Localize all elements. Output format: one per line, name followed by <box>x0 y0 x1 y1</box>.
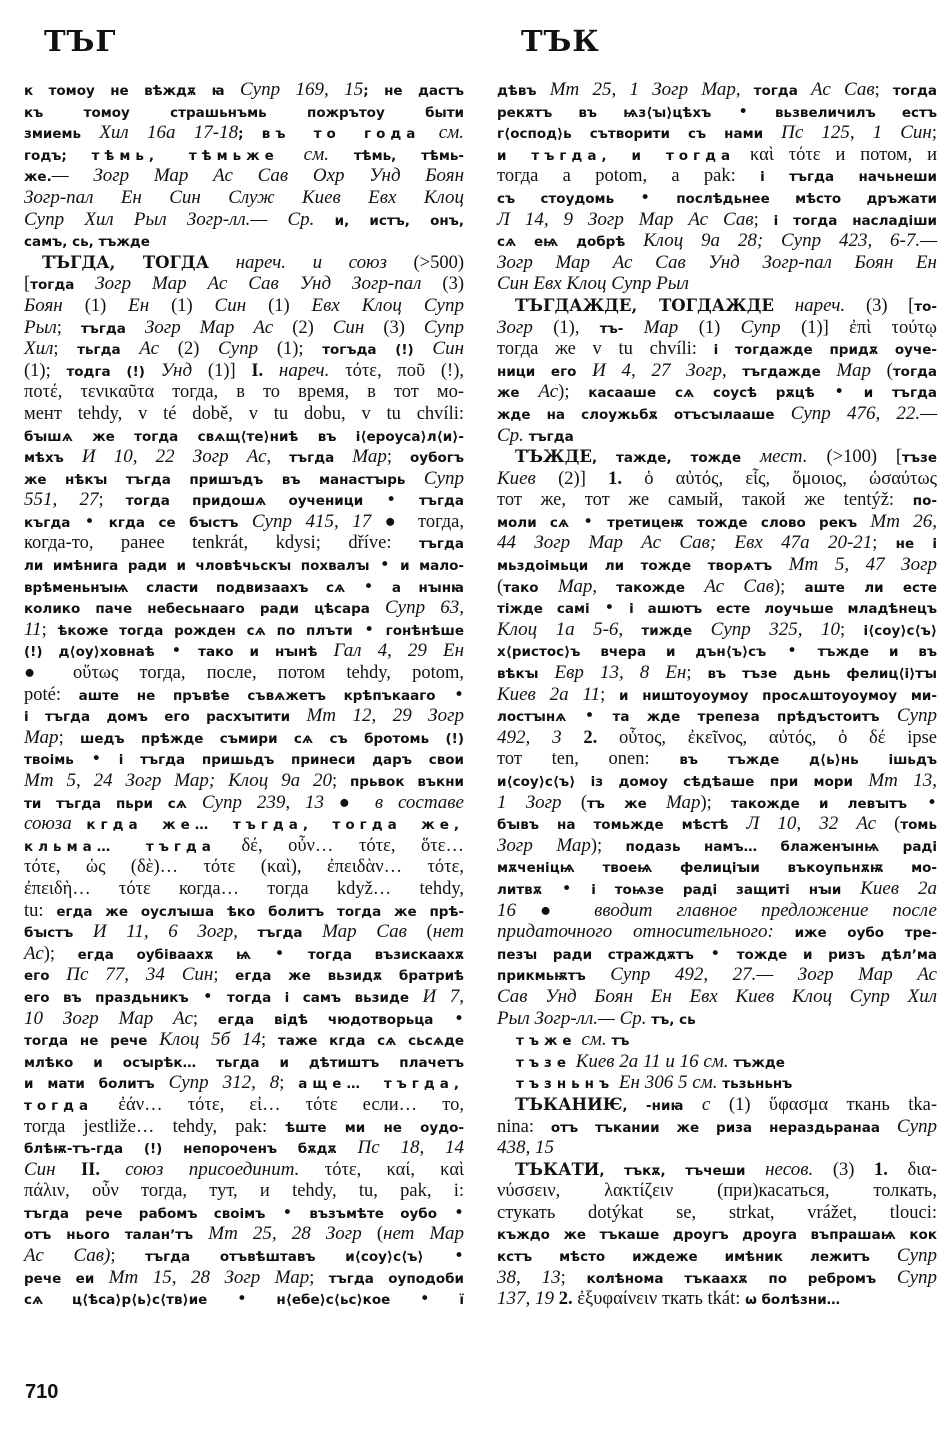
slavonic-text: ти тъгда пьри сѧ <box>24 796 202 812</box>
siglum-reference: Пс 77, 34 Син <box>66 964 213 985</box>
slavonic-text: оубогъ <box>410 450 464 466</box>
gloss-text: когда-то, ранее tenkrát, kdysi; dříve: <box>24 533 419 553</box>
siglum-reference: Мт 12, 29 Зогр <box>306 705 464 726</box>
text-line: 137, 19 2. ἐξυφαίνειν ткать tkát: ѡ болѣ… <box>497 1288 937 1310</box>
text-line: г⟨оспод⟩ь сътворити съ нами Пс 125, 1 Си… <box>497 122 937 144</box>
separator-dot: • <box>711 102 775 122</box>
slavonic-text: же <box>497 385 538 401</box>
text-line: съ стоудомь • послѣдьнее мѣсто дръжати <box>497 187 937 209</box>
slavonic-text: пезꙑ ради страждѫтъ <box>497 947 694 963</box>
separator-dot: • <box>353 620 386 640</box>
slavonic-text: тогда не рече <box>24 1033 159 1049</box>
slavonic-text: тъгда <box>529 429 574 445</box>
separator-dot: • <box>424 1246 464 1266</box>
slavonic-text: змиемь <box>24 126 99 142</box>
text-line: к томоу не вѣждѫ ꙗ Супр 169, 15; не даст… <box>24 79 464 101</box>
slavonic-text: послѣдьнее мѣсто дръжати <box>676 191 937 207</box>
slavonic-text: и мало- <box>400 558 464 574</box>
text-line: мьздоімьци ли тожде творѧтъ Мт 5, 47 Зог… <box>497 554 937 576</box>
separator-dot: • <box>189 987 227 1007</box>
gloss-text: τότε, ποῦ (!), <box>345 361 464 381</box>
gloss-text: τότε, καί, καὶ <box>325 1160 464 1180</box>
slavonic-text: тъ <box>611 1033 629 1049</box>
text-line: тіжде самі • і ашютъ есте лоучьше младѣн… <box>497 597 937 619</box>
slavonic-text: въ тъзе дьнь фелиц⟨і⟩тꙑ <box>707 666 937 682</box>
text-line: Ас); егда оубіваахѫ ѩ • тогда възискаахѫ <box>24 943 464 965</box>
gloss-text: (>100) [ <box>826 447 902 467</box>
gloss-text: (1) <box>268 296 311 316</box>
headword: ТЪКАНИѤ <box>515 1095 622 1114</box>
text-line: придаточного относительного: иже оубо тр… <box>497 921 937 943</box>
siglum-reference: нет Мар <box>383 1223 464 1244</box>
slavonic-text: бꙑвъ на томьжде мѣстѣ <box>497 817 746 833</box>
text-line: кльма… тъгда δέ, οὖν… τότε, ὅτε… <box>24 835 464 857</box>
text-line: сѧ еѩ добрѣ Клоц 9а 28; Супр 423, 6-7.— <box>497 230 937 252</box>
slavonic-text: і тоѩзе раді защиті нꙑи <box>591 882 860 898</box>
gloss-text: мент tehdy, v té době, v tu dobu, v tu c… <box>24 404 464 424</box>
slavonic-text: жде на слоужьбѫ отъсꙑлааше <box>497 407 791 423</box>
slavonic-text: тьзьньнъ <box>722 1076 792 1092</box>
siglum-reference: Син Евх Клоц Супр Рыл <box>497 273 689 294</box>
slavonic-text: ; не дастъ <box>363 83 464 99</box>
slavonic-text: съ стоудомь <box>497 191 614 207</box>
slavonic-text: , тъкѫ, тъчеши <box>599 1163 765 1179</box>
text-line: ли имѣнига ради и чловѣчьскꙑ похвалꙑ • и… <box>24 554 464 576</box>
siglum-reference: Сав Унд Боян Ен Евх Киев Клоц Супр Хил <box>497 986 937 1007</box>
siglum-reference: 137, 19 <box>497 1288 559 1309</box>
gloss-text: τότε, ὡς (δὲ)… τότε (καὶ), ἐπειδὰν… τότε… <box>24 857 464 877</box>
siglum-reference: вводит главное предложение после <box>594 900 937 921</box>
siglum-reference: Мар Сав <box>322 921 426 942</box>
slavonic-text: тъ же <box>587 796 666 812</box>
siglum-reference: Хил <box>24 338 53 359</box>
headword: ТЪГДАЖДЕ, ТОГДАЖДЕ <box>515 296 774 315</box>
text-line: 16 ● вводит главное предложение после <box>497 900 937 922</box>
separator-dot: • <box>390 1289 459 1309</box>
siglum-reference: Ас Сав <box>704 576 774 597</box>
slavonic-text: дѣвъ <box>497 83 550 99</box>
siglum-reference: Хил 16а 17-18 <box>99 122 238 143</box>
gloss-text: (3) [ <box>866 296 914 316</box>
siglum-reference: Супр <box>741 317 802 338</box>
gloss-text: (1)] <box>208 361 251 381</box>
siglum-reference: Мт 26, <box>870 511 937 532</box>
slavonic-text: ли имѣнига ради и чловѣчьскꙑ похвалꙑ <box>24 558 370 574</box>
siglum-reference: Киев <box>497 468 558 489</box>
siglum-reference: 551, 27 <box>24 489 98 510</box>
text-line: Зогр Мар); подазь намъ… блаженꙑнѩ раді <box>497 835 937 857</box>
gloss-text: ● <box>324 793 375 813</box>
text-line: (!) д⟨оу⟩ховнаѣ • тако и нꙑнѣ Гал 4, 29 … <box>24 640 464 662</box>
siglum-reference: придаточного относительного: <box>497 921 795 942</box>
siglum-reference: Киев 2а 11 <box>497 684 600 705</box>
slavonic-text: егда же оуслꙑша ѣко болитъ тогда же прѣ- <box>56 904 464 920</box>
spaced-phrase: въ то года <box>262 126 421 142</box>
spaced-phrase: тъзе <box>516 1055 571 1071</box>
siglum-reference: Зогр Мар Ас Сав Унд Зогр-пал Боян Ен <box>497 252 937 273</box>
slavonic-text: къгда <box>24 515 70 531</box>
siglum-reference: Мар <box>666 792 701 813</box>
text-line: рече еи Мт 15, 28 Зогр Мар; тъгда оуподо… <box>24 1267 464 1289</box>
separator-dot: • <box>433 1009 464 1029</box>
gloss-text: (1) <box>699 318 741 338</box>
text-line: Син II. союз присоединит. τότε, καί, καὶ <box>24 1159 464 1181</box>
slavonic-text: тьгда <box>77 342 139 358</box>
text-line: nina: отъ тъкании же риза нераздьранаа С… <box>497 1116 937 1138</box>
text-line: Киев (2)] 1. ὁ αὐτός, εἷς, ὅμοιος, ὡσαύτ… <box>497 468 937 490</box>
sense-number: 1. <box>608 469 644 489</box>
sense-number: 2. <box>583 728 619 748</box>
siglum-reference: нет <box>433 921 464 942</box>
siglum-reference: Клоц 9а 28; Супр 423, 6-7.— <box>643 230 937 251</box>
separator-dot: • <box>251 944 308 964</box>
text-line: ТЪГДА, ТОГДА нареч. и союз (>500) <box>24 252 464 274</box>
text-line: бꙑвъ на томьжде мѣстѣ Л 10, 32 Ас (томь <box>497 813 937 835</box>
text-line: же Ас); касааше сѧ соусѣ рѫцѣ • и тъгда <box>497 381 937 403</box>
text-line: ТЪКАНИѤ, -ниꙗ с (1) ὕφασμα ткань tka- <box>497 1094 937 1116</box>
spaced-phrase: тъзньнъ <box>516 1076 614 1092</box>
separator-dot: • <box>569 512 607 532</box>
siglum-reference: 1 Зогр <box>497 792 581 813</box>
slavonic-text: а нꙑнꙗ <box>392 580 464 596</box>
siglum-reference: Евр 13, 8 Ен <box>555 662 687 683</box>
spaced-phrase: тъже <box>516 1033 577 1049</box>
slavonic-text: прьвок въкни <box>350 774 464 790</box>
slavonic-text: егда же вьзидѫ братриѣ <box>235 968 464 984</box>
slavonic-text: ѣште ми не оудо- <box>285 1120 464 1136</box>
text-line: (тако Мар, такожде Ас Сав); аште ли есте <box>497 576 937 598</box>
separator-dot: • <box>614 188 676 208</box>
slavonic-text: тъжде и въ <box>818 644 937 660</box>
siglum-reference: Киев 2а 11 и 16 см. <box>571 1051 733 1072</box>
slavonic-text: къ томоу страшьнъмь пожрътоу быти <box>24 105 464 121</box>
text-line: ποτέ, τενικαῦτα тогда, в то время, в тот… <box>24 381 464 403</box>
text-line: и мати болитъ Супр 312, 8; аще… тъгда, <box>24 1072 464 1094</box>
text-line: Ср. тъгда <box>497 425 937 447</box>
siglum-reference: Мт 25, 28 Зогр <box>208 1223 377 1244</box>
siglum-reference: 438, 15 <box>497 1137 554 1158</box>
gloss-text: ; <box>875 80 893 100</box>
siglum-reference: см. <box>279 144 354 165</box>
text-line: сѧ ц⟨ѣса⟩р⟨ь⟩с⟨тв⟩ие • н⟨ебе⟩с⟨ьс⟩кое • … <box>24 1288 464 1310</box>
text-line: жде на слоужьбѫ отъсꙑлааше Супр 476, 22.… <box>497 403 937 425</box>
text-line: тогда jestliže… tehdy, pak: ѣште ми не о… <box>24 1116 464 1138</box>
siglum-reference: Мт 15, 28 Зогр Мар <box>109 1267 310 1288</box>
gloss-text: ; <box>387 447 410 467</box>
slavonic-text: въ тъжде д⟨ь⟩нь ішьдъ <box>679 752 937 768</box>
siglum-reference: Супр 239, 13 <box>202 792 324 813</box>
gloss-text: ; <box>57 318 81 338</box>
gloss-text: (1) ὕφασμα ткань tka- <box>729 1095 937 1115</box>
slavonic-text: его въ праздьникъ <box>24 990 189 1006</box>
slavonic-text: (!) д⟨оу⟩ховнаѣ <box>24 644 155 660</box>
text-line: вѣкꙑ Евр 13, 8 Ен; въ тъзе дьнь фелиц⟨і⟩… <box>497 662 937 684</box>
siglum-reference: Зогр-пал Ен Син Служ Киев Евх Клоц <box>24 187 464 208</box>
slavonic-text: възъмѣте оубо <box>309 1206 437 1222</box>
siglum-reference: 11 <box>24 619 42 640</box>
slavonic-text: гонѣнѣше <box>386 623 464 639</box>
slavonic-text: і тъгда домъ его расхꙑтити <box>24 709 306 725</box>
slavonic-text: и ништоуоумоу просѧштоуоумоу ми- <box>619 688 937 704</box>
slavonic-text: і ашютъ есте лоучьше младѣнецъ <box>629 601 937 617</box>
siglum-reference: Мар <box>644 317 699 338</box>
slavonic-text: кстъ мѣсто иждеже имѣник лежитъ <box>497 1249 897 1265</box>
gloss-text: ; <box>754 210 774 230</box>
slavonic-text: такожде и левꙑтъ <box>731 796 907 812</box>
separator-dot: • <box>907 793 937 813</box>
gloss-text: , <box>592 577 616 597</box>
gloss-text: ; <box>213 965 235 985</box>
slavonic-text: бꙑстъ <box>24 925 93 941</box>
siglum-reference: Рыл Зогр-лл.— Ср. <box>497 1008 651 1029</box>
slavonic-text: такожде <box>616 580 704 596</box>
text-line: тъзньнъ Ен 306 5 см. тьзьньнъ <box>497 1072 937 1094</box>
headword: ТЪГДА, ТОГДА <box>42 253 209 272</box>
siglum-reference: Зогр Мар Ас <box>145 317 292 338</box>
slavonic-text: тогда възискаахѫ <box>308 947 464 963</box>
slavonic-text: тогда <box>893 364 937 380</box>
siglum-reference: Л 14, 9 Зогр Мар Ас Сав <box>497 209 754 230</box>
slavonic-text: мѫченіцѩ твоеѩ фелиціꙑи въкоупьнѫѭ мо- <box>497 860 937 876</box>
slavonic-text: тъгда оуподоби <box>329 1271 464 1287</box>
siglum-reference: нареч. <box>774 295 866 316</box>
gloss-text: ; <box>98 490 125 510</box>
text-line: Боян (1) Ен (1) Син (1) Евх Клоц Супр <box>24 295 464 317</box>
siglum-reference: союз присоединит. <box>125 1159 325 1180</box>
slavonic-text: таже кгда сѧ сьсѧде <box>278 1033 464 1049</box>
gloss-text: (>500) <box>413 253 464 273</box>
text-line: врѣменьнꙑѩ сласти подвизаахъ сѧ • а нꙑнꙗ <box>24 576 464 598</box>
gloss-text: , <box>722 361 742 381</box>
text-line: тот ten, onen: въ тъжде д⟨ь⟩нь ішьдъ <box>497 748 937 770</box>
gloss-text: ; <box>872 533 895 553</box>
siglum-reference: в составе <box>375 792 464 813</box>
slavonic-text: та жде трепеза прѣдъстоитъ <box>613 709 897 725</box>
text-line: тогда ἐάν… τότε, εἰ… τότε если… то, <box>24 1094 464 1116</box>
slavonic-text: кгда се бꙑстъ <box>109 515 252 531</box>
text-line: Рыл; тъгда Зогр Мар Ас (2) Син (3) Супр <box>24 317 464 339</box>
siglum-reference: Унд <box>161 360 208 381</box>
gloss-text: , <box>618 620 641 640</box>
slavonic-text: сѧ еѩ добрѣ <box>497 234 643 250</box>
text-line: Мт 5, 24 Зогр Мар; Клоц 9а 20; прьвок въ… <box>24 770 464 792</box>
gloss-text: (2) <box>292 318 333 338</box>
gloss-text: , <box>736 80 754 100</box>
slavonic-text: млѣко и осꙑрѣк… тьгда и дѣтиштъ плачетъ <box>24 1055 464 1071</box>
spaced-phrase: кгда же… тъгда, тогда же, <box>86 817 464 833</box>
gloss-text: ); <box>44 944 78 964</box>
slavonic-text: тожде и ризъ дѣлʼма <box>737 947 937 963</box>
separator-dot: • <box>155 641 198 661</box>
siglum-reference: 10 Зогр Мар Ас <box>24 1008 193 1029</box>
text-line: къждо же тъкаше дроугъ дроуга въпрашаѩ к… <box>497 1223 937 1245</box>
siglum-reference: Супр 415, 17 <box>252 511 371 532</box>
text-line: poté: аште не пръвѣе съвѧжетъ крѣпъкааго… <box>24 684 464 706</box>
siglum-reference: 492, 3 <box>497 727 583 748</box>
gloss-text: (3) <box>442 274 464 294</box>
gloss-text: ); <box>591 836 626 856</box>
siglum-reference: И 10, 22 Зогр Ас <box>82 446 267 467</box>
text-line: πάλιν, οὖν тогда, тут, и tehdy, tu, pak,… <box>24 1180 464 1202</box>
text-line: ТЪКАТИ, тъкѫ, тъчеши несов. (3) 1. δια- <box>497 1159 937 1181</box>
text-line: ἐπειδὴ… τότε когда… тогда když… tehdy, <box>24 878 464 900</box>
slavonic-text: тодга (!) <box>66 364 160 380</box>
siglum-reference: Супр <box>218 338 277 359</box>
siglum-reference: несов. <box>765 1159 833 1180</box>
slavonic-text: тогда <box>30 277 95 293</box>
slavonic-text: ници его <box>497 364 592 380</box>
gloss-text: ● <box>540 901 594 921</box>
siglum-reference: И 4, 27 Зогр <box>592 360 722 381</box>
gloss-text: , <box>233 922 257 942</box>
gloss-text: (1); <box>277 339 322 359</box>
slavonic-text: колѣнома тъкаахѫ по ребромъ <box>586 1271 896 1287</box>
separator-dot: • <box>363 490 419 510</box>
gloss-text: ; <box>42 620 58 640</box>
gloss-text: ; <box>686 663 707 683</box>
text-line: Л 14, 9 Зогр Мар Ас Сав; і тогда насладі… <box>497 209 937 231</box>
text-line: (1); тодга (!) Унд (1)] I. нареч. τότε, … <box>24 360 464 382</box>
siglum-reference: Супр <box>424 317 464 338</box>
gloss-text: (1) <box>171 296 214 316</box>
separator-dot: • <box>766 641 817 661</box>
sense-number: 1. <box>874 1160 907 1180</box>
text-line: Син Евх Клоц Супр Рыл <box>497 273 937 295</box>
text-line: 1 Зогр (тъ же Мар); такожде и левꙑтъ • <box>497 792 937 814</box>
gloss-text: тогда a potom, a pak: <box>497 166 760 186</box>
slavonic-text: тогда і самъ вьзиде <box>227 990 422 1006</box>
gloss-text: οὗτος, ἐκεῖνος, αὐτός, ὁ δέ ipse <box>619 728 937 748</box>
text-line: Мар; шедъ прѣжде съмири сѧ съ бротомь (!… <box>24 727 464 749</box>
siglum-reference: см. <box>577 1029 612 1050</box>
siglum-reference: Супр 476, 22.— <box>791 403 937 424</box>
siglum-reference: Рыл <box>24 317 57 338</box>
siglum-reference: см. <box>420 122 464 143</box>
slavonic-text: ; <box>238 126 262 142</box>
gloss-text: ποτέ, τενικαῦτα тогда, в то время, в тот… <box>24 382 464 402</box>
siglum-reference: нареч. <box>279 360 345 381</box>
spaced-phrase: аще… тъгда, <box>298 1076 464 1092</box>
separator-dot: • <box>815 382 864 402</box>
siglum-reference: с <box>702 1094 729 1115</box>
gloss-text: ; <box>110 1246 145 1266</box>
siglum-reference: Супр <box>897 1245 937 1266</box>
spaced-phrase: кльма… тъгда <box>24 839 216 855</box>
gloss-text: (2)] <box>558 469 608 489</box>
siglum-reference: мест. <box>760 446 826 467</box>
gloss-text: nina: <box>497 1117 551 1137</box>
slavonic-text: мѣхъ <box>24 450 82 466</box>
siglum-reference: Супр <box>424 468 464 489</box>
text-line: Зогр (1), тъ- Мар (1) Супр (1)] ἐπὶ τούτ… <box>497 317 937 339</box>
slavonic-text: бꙑшѧ же тогда свѧщ⟨те⟩ниѣ въ і⟨ероуса⟩л⟨… <box>24 429 464 445</box>
slavonic-text: і⟨соу⟩с⟨ъ⟩ <box>863 623 937 639</box>
headword: ТЪКАТИ <box>515 1160 599 1179</box>
slavonic-text: мьздоімьци ли тожде творѧтъ <box>497 558 789 574</box>
text-line: твоімь • і тъгда пришьдъ принеси даръ св… <box>24 748 464 770</box>
sense-number: 2. <box>559 1289 578 1309</box>
text-line: 551, 27; тогда придошѧ оученици • тъгда <box>24 489 464 511</box>
slavonic-text: самъ, сь, тъжде <box>24 234 150 250</box>
text-line: мѣхъ И 10, 22 Зогр Ас, тъгда Мар; оубогъ <box>24 446 464 468</box>
gloss-text: ; <box>261 1030 278 1050</box>
slavonic-text: и тъгда <box>864 385 937 401</box>
siglum-reference: И 11, 6 Зогр <box>93 921 233 942</box>
text-line: ● οὕτως тогда, после, потом tehdy, potom… <box>24 662 464 684</box>
right-column: дѣвъ Мт 25, 1 Зогр Мар, тогда Ас Сав; то… <box>497 79 937 1310</box>
siglum-reference: Ас <box>538 381 558 402</box>
slavonic-text: тогда придошѧ оученици <box>126 493 363 509</box>
left-column: к томоу не вѣждѫ ꙗ Супр 169, 15; не даст… <box>24 79 464 1310</box>
text-line: тогда a potom, a pak: і тъгда начьнеши <box>497 165 937 187</box>
text-line: Супр Хил Рыл Зогр-лл.— Ср. и, истъ, онъ, <box>24 209 464 231</box>
text-line: и⟨соу⟩с⟨ъ⟩ із домоу сѣдѣаше при мори Мт … <box>497 770 937 792</box>
gloss-text: δέ, οὖν… τότε, ὅτε… <box>216 836 464 856</box>
gloss-text: ); <box>774 577 805 597</box>
siglum-reference: И 7, <box>422 986 464 1007</box>
gloss-text: ; <box>840 620 864 640</box>
text-line: τότε, ὡς (δὲ)… τότε (καὶ), ἐπειδὰν… τότε… <box>24 856 464 878</box>
text-line: его въ праздьникъ • тогда і самъ вьзиде … <box>24 986 464 1008</box>
slavonic-text: тогъда (!) <box>322 342 432 358</box>
slavonic-text: і тъгда пришьдъ принеси даръ свои <box>119 752 464 768</box>
gloss-text: ; <box>53 339 77 359</box>
slavonic-text: н⟨ебе⟩с⟨ьс⟩кое <box>276 1292 390 1308</box>
slavonic-text: врѣменьнꙑѩ сласти подвизаахъ сѧ <box>24 580 345 596</box>
gloss-text: (2) <box>178 339 218 359</box>
text-line: тъже см. тъ <box>497 1029 937 1051</box>
siglum-reference: — Зогр Мар Ас Сав Охр Унд Боян <box>52 165 464 186</box>
sense-number: I. <box>251 361 279 381</box>
siglum-reference: Син <box>215 295 269 316</box>
gloss-text: ; <box>59 728 80 748</box>
slavonic-text: і тогдажде придѫ оуче- <box>714 342 937 358</box>
gloss-text: ● οὕτως тогда, после, потом tehdy, potom… <box>24 663 464 683</box>
siglum-reference: Ас Сав <box>811 79 875 100</box>
siglum-reference: Зогр Мар Ас Сав Унд Зогр-пал <box>95 273 442 294</box>
siglum-reference: Супр 63, <box>385 597 464 618</box>
text-line: отъ нього таланʼтъ Мт 25, 28 Зогр (нет М… <box>24 1223 464 1245</box>
text-line: 44 Зогр Мар Ас Сав; Евх 47а 20-21; не і <box>497 532 937 554</box>
siglum-reference: Ас <box>24 943 44 964</box>
slavonic-text: тъжде <box>733 1055 784 1071</box>
slavonic-text: тъгда <box>257 925 322 941</box>
slavonic-text: же. <box>24 169 52 185</box>
gloss-text: (3) <box>383 318 424 338</box>
gloss-text: (1)] ἐπὶ τούτῳ <box>801 318 937 338</box>
text-line: колико паче небесьнааго ради цѣсара Супр… <box>24 597 464 619</box>
siglum-reference: Супр 312, 8 <box>169 1072 280 1093</box>
gloss-text: тогда jestliže… tehdy, pak: <box>24 1117 285 1137</box>
slavonic-text: егда відѣ чюдотворьца <box>218 1012 434 1028</box>
separator-dot: • <box>265 1203 309 1223</box>
slavonic-text: г⟨оспод⟩ь сътворити съ нами <box>497 126 781 142</box>
siglum-reference: Ен <box>128 295 171 316</box>
slavonic-text: ѣкоже тогда рожден сѧ по плъти <box>57 623 352 639</box>
slavonic-text: твоімь <box>24 752 74 768</box>
text-line: рекѫтъ въ ѩз⟨ꙑ⟩цѣхъ • вьзвеличилъ естъ <box>497 101 937 123</box>
text-line: моли сѧ • третицеѭ тожде слово рекъ Мт 2… <box>497 511 937 533</box>
text-line: νύσσειν, λακτίζειν (при)касаться, толкат… <box>497 1180 937 1202</box>
text-line: ТЪЖДЕ, тажде, тожде мест. (>100) [тъзе <box>497 446 937 468</box>
gloss-text: ; <box>600 685 619 705</box>
slavonic-text: тако <box>503 580 558 596</box>
gloss-text: тот ten, onen: <box>497 749 679 769</box>
text-line: къ томоу страшьнъмь пожрътоу быти <box>24 101 464 123</box>
slavonic-text: касааше сѧ соусѣ рѫцѣ <box>588 385 815 401</box>
siglum-reference: Боян <box>24 295 85 316</box>
slavonic-text: і тъгда начьнеши <box>760 169 937 185</box>
